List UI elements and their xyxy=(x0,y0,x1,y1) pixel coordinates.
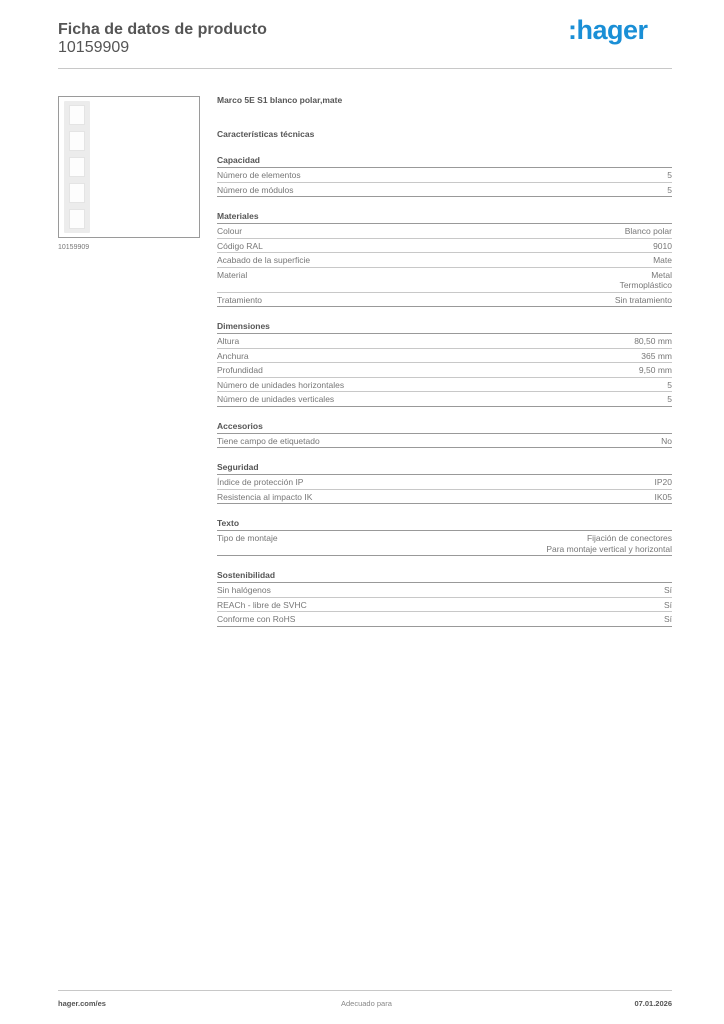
spec-label: Tiene campo de etiquetado xyxy=(217,436,320,447)
spec-value: 80,50 mm xyxy=(634,336,672,347)
footer-divider xyxy=(58,990,672,991)
spec-label: Colour xyxy=(217,226,242,237)
group-title: Sostenibilidad xyxy=(217,570,672,583)
header-divider xyxy=(58,68,672,69)
spec-row: Tipo de montajeFijación de conectores Pa… xyxy=(217,531,672,556)
spec-value: 5 xyxy=(667,170,672,181)
frame-illustration xyxy=(64,101,90,233)
product-number: 10159909 xyxy=(58,39,129,57)
spec-label: Índice de protección IP xyxy=(217,477,303,488)
spec-label: Número de módulos xyxy=(217,185,294,196)
frame-slot xyxy=(69,157,85,177)
spec-group: AccesoriosTiene campo de etiquetadoNo xyxy=(217,421,672,449)
group-title: Capacidad xyxy=(217,155,672,168)
spec-row: Índice de protección IPIP20 xyxy=(217,475,672,490)
spec-value: No xyxy=(661,436,672,447)
spec-row: Anchura365 mm xyxy=(217,349,672,364)
spec-groups: CapacidadNúmero de elementos5Número de m… xyxy=(217,155,672,627)
spec-label: Tratamiento xyxy=(217,295,262,306)
spec-group: MaterialesColourBlanco polarCódigo RAL90… xyxy=(217,211,672,307)
frame-slot xyxy=(69,131,85,151)
spec-row: Resistencia al impacto IKIK05 xyxy=(217,490,672,505)
spec-value: 9,50 mm xyxy=(639,365,672,376)
product-image xyxy=(58,96,200,238)
spec-value: Metal Termoplástico xyxy=(620,270,672,291)
spec-group: DimensionesAltura80,50 mmAnchura365 mmPr… xyxy=(217,321,672,407)
spec-label: Tipo de montaje xyxy=(217,533,278,554)
spec-row: Número de unidades horizontales5 xyxy=(217,378,672,393)
spec-row: Código RAL9010 xyxy=(217,239,672,254)
spec-value: Mate xyxy=(653,255,672,266)
spec-value: Sin tratamiento xyxy=(615,295,672,306)
spec-row: Profundidad9,50 mm xyxy=(217,363,672,378)
spec-value: IP20 xyxy=(655,477,673,488)
frame-slot xyxy=(69,183,85,203)
spec-value: Blanco polar xyxy=(625,226,672,237)
spec-label: Profundidad xyxy=(217,365,263,376)
spec-row: Altura80,50 mm xyxy=(217,334,672,349)
spec-value: 5 xyxy=(667,380,672,391)
spec-label: Número de elementos xyxy=(217,170,301,181)
footer-center-text: Adecuado para xyxy=(341,999,392,1008)
footer-website-link[interactable]: hager.com/es xyxy=(58,999,106,1008)
frame-slot xyxy=(69,209,85,229)
spec-group: CapacidadNúmero de elementos5Número de m… xyxy=(217,155,672,197)
spec-row: Acabado de la superficieMate xyxy=(217,253,672,268)
spec-label: Resistencia al impacto IK xyxy=(217,492,312,503)
spec-group: SeguridadÍndice de protección IPIP20Resi… xyxy=(217,462,672,504)
spec-value: Sí xyxy=(664,600,672,611)
spec-value: Sí xyxy=(664,585,672,596)
frame-slot xyxy=(69,105,85,125)
spec-label: Número de unidades horizontales xyxy=(217,380,344,391)
spec-row: Número de módulos5 xyxy=(217,183,672,198)
spec-value: 9010 xyxy=(653,241,672,252)
spec-row: ColourBlanco polar xyxy=(217,224,672,239)
group-title: Seguridad xyxy=(217,462,672,475)
footer-date: 07.01.2026 xyxy=(634,999,672,1008)
spec-value: 365 mm xyxy=(641,351,672,362)
spec-label: Código RAL xyxy=(217,241,263,252)
spec-row: MaterialMetal Termoplástico xyxy=(217,268,672,293)
image-caption: 10159909 xyxy=(58,244,89,251)
spec-value: Fijación de conectores Para montaje vert… xyxy=(546,533,672,554)
spec-label: Acabado de la superficie xyxy=(217,255,310,266)
spec-label: Altura xyxy=(217,336,239,347)
spec-row: Tiene campo de etiquetadoNo xyxy=(217,434,672,449)
spec-row: Número de elementos5 xyxy=(217,168,672,183)
spec-row: Sin halógenosSí xyxy=(217,583,672,598)
page-title: Ficha de datos de producto xyxy=(58,21,267,39)
spec-row: TratamientoSin tratamiento xyxy=(217,293,672,308)
group-title: Accesorios xyxy=(217,421,672,434)
section-title: Características técnicas xyxy=(217,129,672,141)
spec-value: 5 xyxy=(667,394,672,405)
group-title: Materiales xyxy=(217,211,672,224)
spec-label: REACh - libre de SVHC xyxy=(217,600,307,611)
group-title: Texto xyxy=(217,518,672,531)
spec-row: Número de unidades verticales5 xyxy=(217,392,672,407)
spec-group: TextoTipo de montajeFijación de conector… xyxy=(217,518,672,556)
hager-logo: :hager xyxy=(568,15,648,46)
spec-label: Material xyxy=(217,270,247,291)
spec-value: 5 xyxy=(667,185,672,196)
spec-group: SostenibilidadSin halógenosSíREACh - lib… xyxy=(217,570,672,627)
spec-label: Sin halógenos xyxy=(217,585,271,596)
spec-label: Anchura xyxy=(217,351,249,362)
spec-label: Número de unidades verticales xyxy=(217,394,334,405)
spec-row: Conforme con RoHSSí xyxy=(217,612,672,627)
spec-row: REACh - libre de SVHCSí xyxy=(217,598,672,613)
product-name: Marco 5E S1 blanco polar,mate xyxy=(217,95,672,107)
spec-label: Conforme con RoHS xyxy=(217,614,295,625)
spec-value: IK05 xyxy=(655,492,673,503)
spec-content: Marco 5E S1 blanco polar,mate Caracterís… xyxy=(217,95,672,627)
group-title: Dimensiones xyxy=(217,321,672,334)
spec-value: Sí xyxy=(664,614,672,625)
